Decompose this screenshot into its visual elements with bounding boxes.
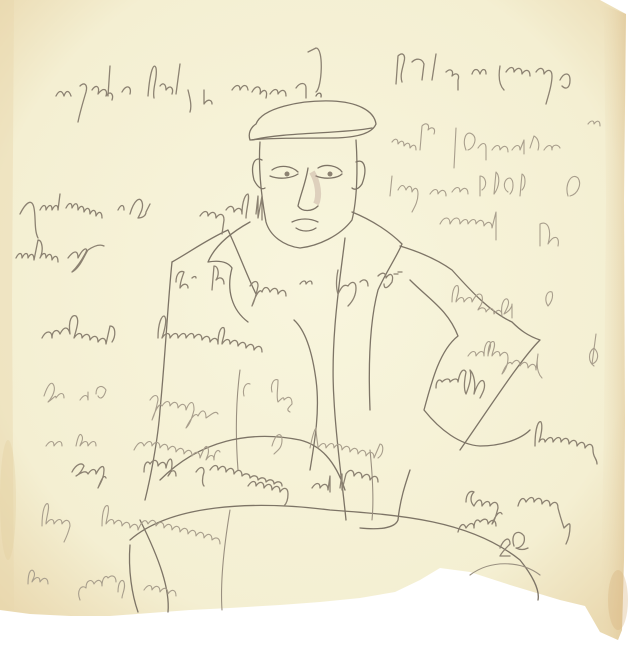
paper bbox=[0, 0, 626, 640]
sketch-canvas bbox=[0, 0, 630, 650]
manuscript-sheet: Pencil sketch of a man in a flat cap, su… bbox=[0, 0, 630, 650]
